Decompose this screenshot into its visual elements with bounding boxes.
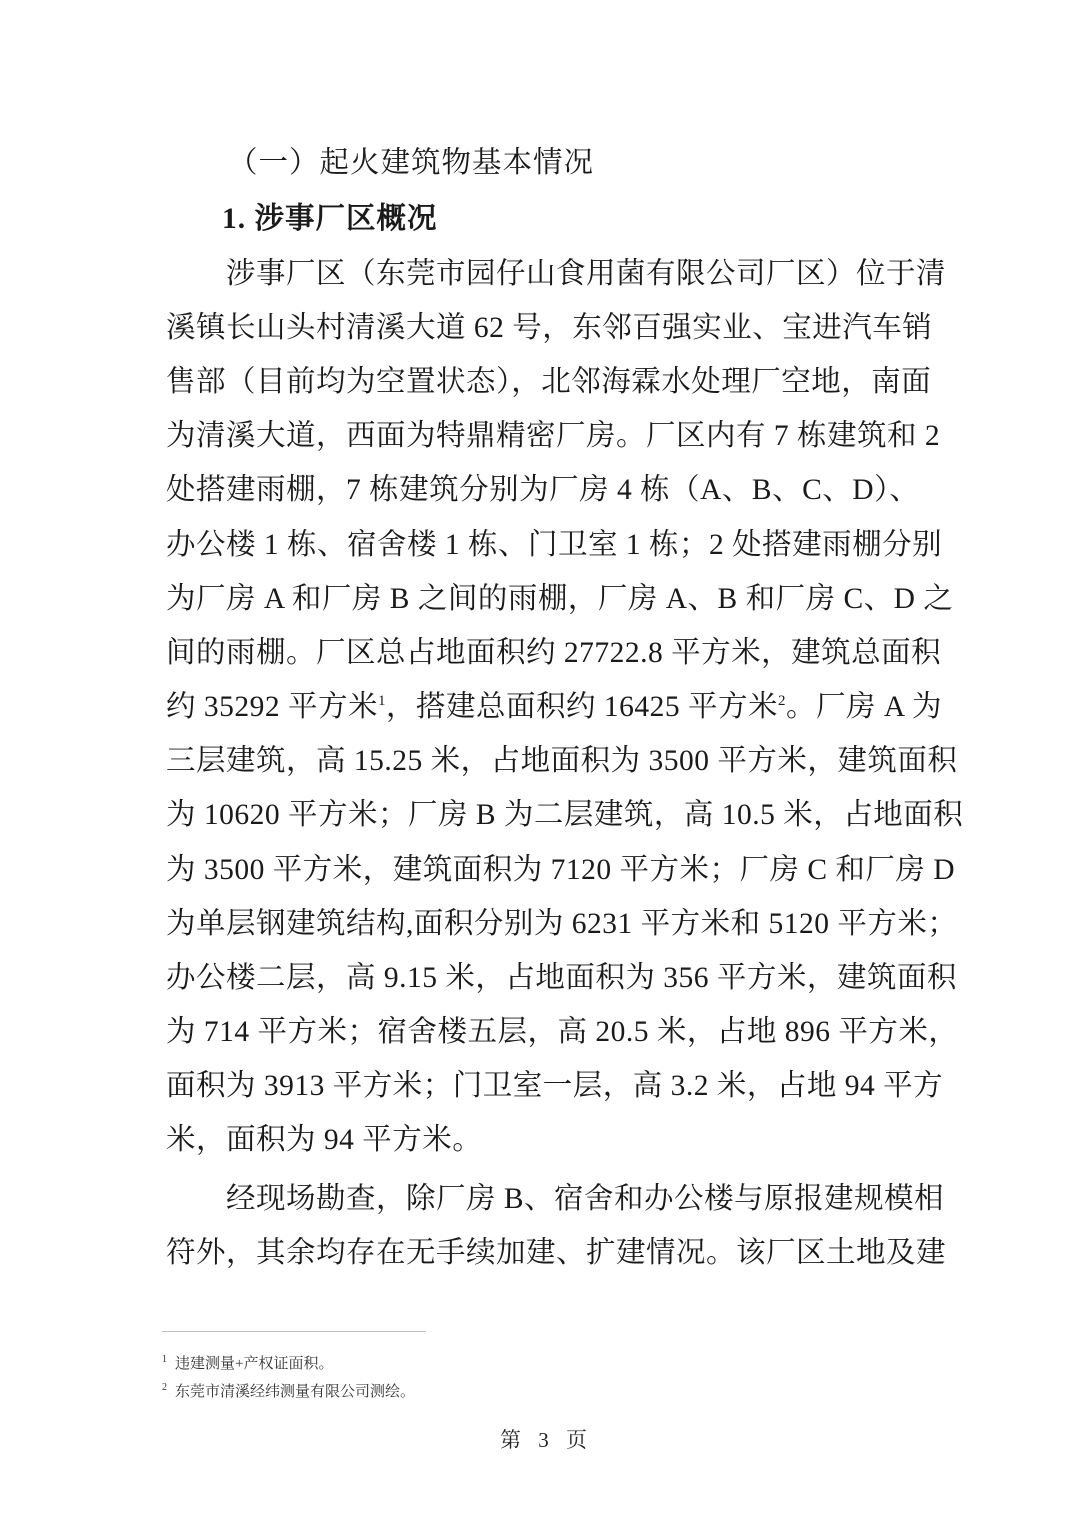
text-line: 面积为 3913 平方米；门卫室一层，高 3.2 米，占地 94 平方	[166, 1066, 918, 1106]
text-segment: 。厂房 A 为	[786, 691, 942, 723]
footnote-number: 1	[162, 1354, 167, 1365]
footnote-text: 东莞市清溪经纬测量有限公司测绘。	[175, 1384, 415, 1400]
footnote-1: 1违建测量+产权证面积。	[162, 1349, 333, 1375]
text-line: 办公楼 1 栋、宿舍楼 1 栋、门卫室 1 栋；2 处搭建雨棚分别	[166, 525, 918, 565]
text-line: 经现场勘查，除厂房 B、宿舍和办公楼与原报建规模相	[226, 1179, 918, 1219]
footnote-2: 2东莞市清溪经纬测量有限公司测绘。	[162, 1377, 415, 1403]
text-line: 间的雨棚。厂区总占地面积约 27722.8 平方米，建筑总面积	[166, 633, 918, 673]
text-line: 办公楼二层，高 9.15 米，占地面积为 356 平方米，建筑面积	[166, 958, 918, 998]
text-line: 处搭建雨棚，7 栋建筑分别为厂房 4 栋（A、B、C、D）、	[166, 470, 918, 510]
text-line-with-footnotes: 约 35292 平方米1，搭建总面积约 16425 平方米2。厂房 A 为	[166, 687, 918, 727]
text-line: 溪镇长山头村清溪大道 62 号，东邻百强实业、宝进汽车销	[166, 308, 918, 348]
page-number: 第 3 页	[500, 1426, 593, 1454]
text-line: 涉事厂区（东莞市园仔山食用菌有限公司厂区）位于清	[226, 254, 918, 294]
text-line: 三层建筑，高 15.25 米，占地面积为 3500 平方米，建筑面积	[166, 741, 918, 781]
text-segment: ，搭建总面积约 16425 平方米	[386, 691, 778, 723]
footnote-ref-2[interactable]: 2	[778, 693, 786, 709]
text-line: 为单层钢建筑结构,面积分别为 6231 平方米和 5120 平方米；	[166, 904, 918, 944]
text-line: 为 714 平方米；宿舍楼五层，高 20.5 米，占地 896 平方米，	[166, 1012, 918, 1052]
text-line: 为厂房 A 和厂房 B 之间的雨棚，厂房 A、B 和厂房 C、D 之	[166, 579, 918, 619]
text-line: 米，面积为 94 平方米。	[166, 1120, 918, 1160]
text-line: 为 3500 平方米，建筑面积为 7120 平方米；厂房 C 和厂房 D	[166, 850, 918, 890]
text-line: 为清溪大道，西面为特鼎精密厂房。厂区内有 7 栋建筑和 2	[166, 416, 918, 456]
text-line: 为 10620 平方米；厂房 B 为二层建筑，高 10.5 米，占地面积	[166, 795, 918, 835]
text-line: 售部（目前均为空置状态），北邻海霖水处理厂空地，南面	[166, 362, 918, 402]
footnote-number: 2	[162, 1382, 167, 1393]
footnote-text: 违建测量+产权证面积。	[175, 1356, 333, 1372]
subsection-heading: 1. 涉事厂区概况	[222, 199, 438, 239]
footnote-ref-1[interactable]: 1	[378, 693, 386, 709]
section-heading: （一）起火建筑物基本情况	[228, 143, 594, 183]
text-segment: 约 35292 平方米	[166, 691, 378, 723]
footnote-divider	[162, 1331, 426, 1332]
text-line: 符外，其余均存在无手续加建、扩建情况。该厂区土地及建	[166, 1233, 918, 1273]
